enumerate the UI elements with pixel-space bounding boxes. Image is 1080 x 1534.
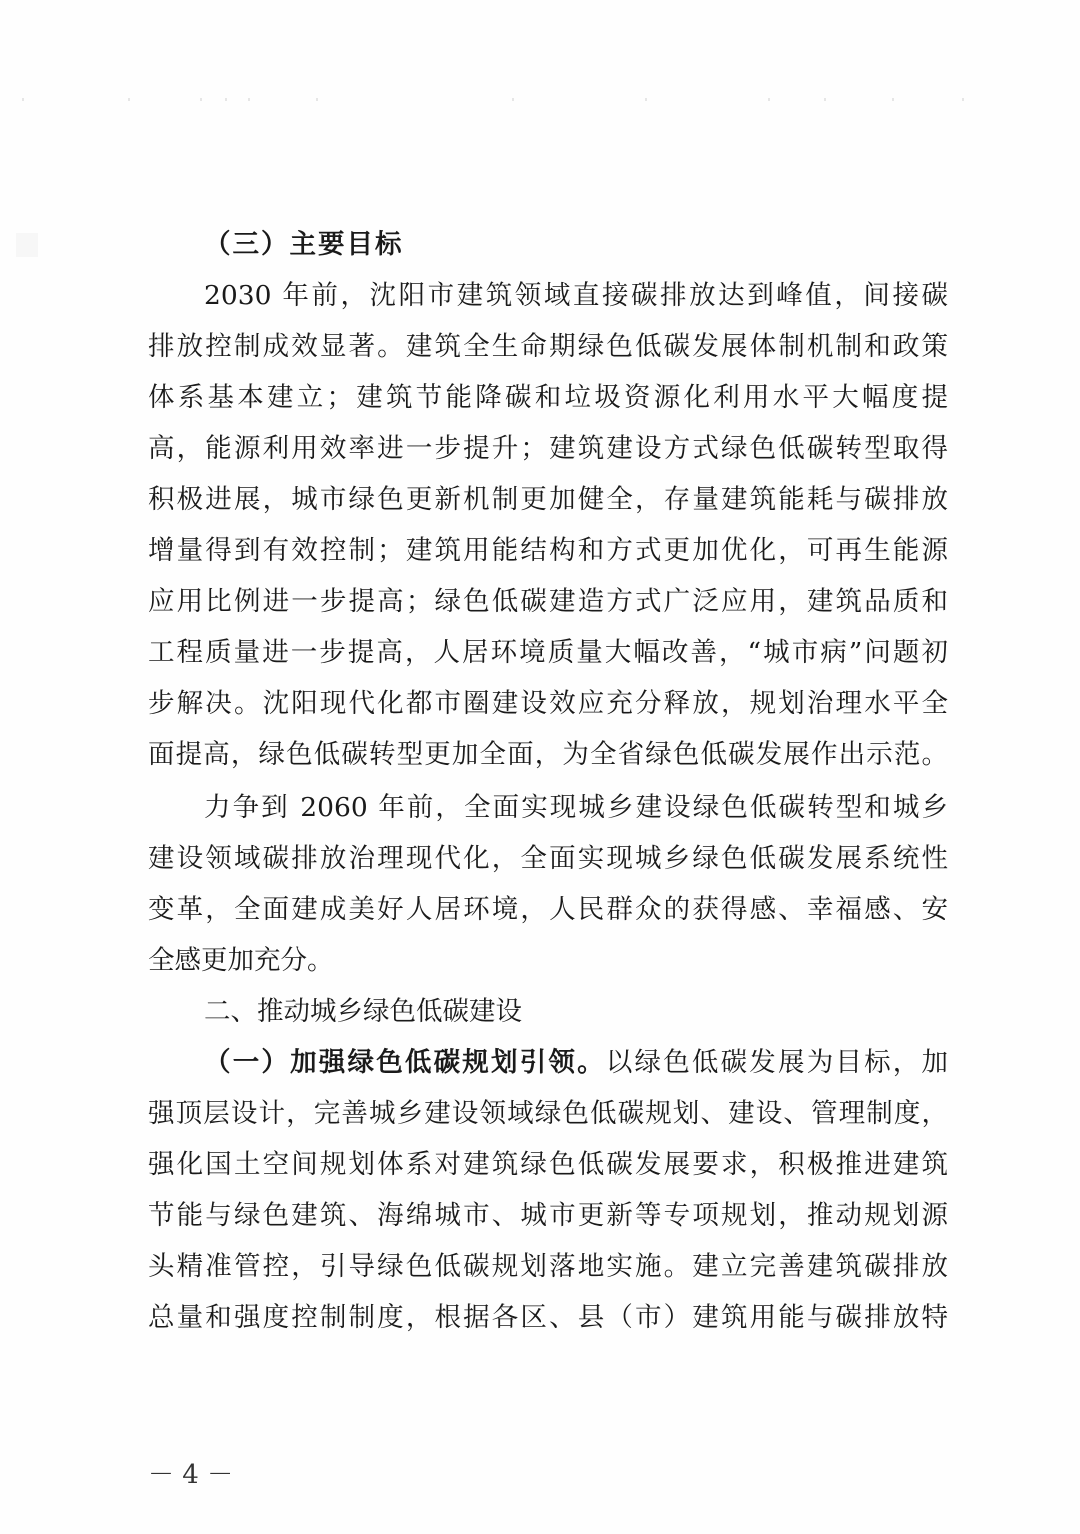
scan-artifact-dots	[0, 98, 1080, 104]
paragraph-line: 强化国土空间规划体系对建筑绿色低碳发展要求，积极推进建筑	[148, 1140, 948, 1190]
paragraph-line: 全感更加充分。	[148, 936, 948, 986]
section-heading: （三）主要目标	[204, 220, 948, 270]
paragraph-line: 应用比例进一步提高；绿色低碳建造方式广泛应用，建筑品质和	[148, 577, 948, 627]
paragraph-line: 步解决。沈阳现代化都市圈建设效应充分释放，规划治理水平全	[148, 679, 948, 729]
paragraph-line: 2030 年前，沈阳市建筑领域直接碳排放达到峰值，间接碳	[204, 271, 948, 321]
paragraph-line: 力争到 2060 年前，全面实现城乡建设绿色低碳转型和城乡	[204, 783, 948, 833]
paragraph-line: 头精准管控，引导绿色低碳规划落地实施。建立完善建筑碳排放	[148, 1242, 948, 1292]
subsection-lead-line: （一）加强绿色低碳规划引领。以绿色低碳发展为目标，加	[204, 1038, 948, 1088]
document-page: （三）主要目标 2030 年前，沈阳市建筑领域直接碳排放达到峰值，间接碳 排放控…	[0, 0, 1080, 1534]
paragraph-line: 强顶层设计，完善城乡建设领域绿色低碳规划、建设、管理制度，	[148, 1089, 948, 1139]
paragraph-line: 积极进展，城市绿色更新机制更加健全，存量建筑能耗与碳排放	[148, 475, 948, 525]
paragraph-line: 体系基本建立；建筑节能降碳和垃圾资源化利用水平大幅度提	[148, 373, 948, 423]
subsection-bold-lead: （一）加强绿色低碳规划引领。	[204, 1047, 606, 1078]
paragraph-line: 面提高，绿色低碳转型更加全面，为全省绿色低碳发展作出示范。	[148, 730, 948, 780]
paragraph-line: 变革，全面建成美好人居环境，人民群众的获得感、幸福感、安	[148, 885, 948, 935]
paragraph-line: 节能与绿色建筑、海绵城市、城市更新等专项规划，推动规划源	[148, 1191, 948, 1241]
subsection-lead-rest: 以绿色低碳发展为目标，加	[606, 1047, 948, 1078]
paragraph-line: 建设领域碳排放治理现代化，全面实现城乡绿色低碳发展系统性	[148, 834, 948, 884]
paragraph-line: 增量得到有效控制；建筑用能结构和方式更加优化，可再生能源	[148, 526, 948, 576]
paragraph-line: 工程质量进一步提高，人居环境质量大幅改善，“城市病”问题初	[148, 628, 948, 678]
scan-artifact-margin-mark	[16, 233, 38, 257]
paragraph-line: 排放控制成效显著。建筑全生命期绿色低碳发展体制机制和政策	[148, 322, 948, 372]
paragraph-line: 高，能源利用效率进一步提升；建筑建设方式绿色低碳转型取得	[148, 424, 948, 474]
page-number: － 4 －	[148, 1455, 233, 1495]
chapter-heading: 二、推动城乡绿色低碳建设	[204, 987, 948, 1037]
paragraph-line: 总量和强度控制制度，根据各区、县（市）建筑用能与碳排放特	[148, 1293, 948, 1343]
